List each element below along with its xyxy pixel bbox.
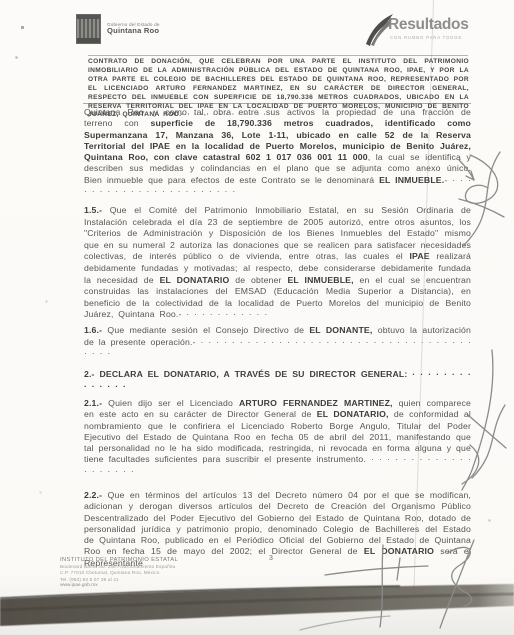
page-number: 3 [269,555,273,562]
resultados-logo-tagline: CON RUMBO PARA TODOS [390,35,506,40]
footer-address-block: INSTITUTO DEL PATRIMONIO ESTATAL Bouleva… [60,557,178,590]
scan-speckles [0,0,1,1]
footer-website: www.ipae.gob.mx [60,583,178,590]
footer-address-line2: C.P. 77010 Chetumal, Quintana Roo, Méxic… [60,570,178,577]
coat-of-arms-icon [76,14,101,44]
government-logo: Gobierno del Estado de Quintana Roo [76,14,160,44]
horizontal-rule-top [88,55,468,56]
paragraph-property-description: Quintana Roo, y como tal, obra entre sus… [84,107,471,197]
scanned-contract-page: Gobierno del Estado de Quintana Roo Resu… [0,0,514,635]
section-2-heading: 2.- DECLARA EL DONATARIO, A TRAVÉS DE SU… [84,369,471,392]
government-logo-line2: Quintana Roo [107,27,160,36]
footer-institute-name: INSTITUTO DEL PATRIMONIO ESTATAL [60,557,178,564]
resultados-logo-text: Resultados [388,16,506,34]
paragraph-clause-1-6: 1.6.- Que mediante sesión el Consejo Dir… [84,325,471,360]
paragraph-clause-1-5: 1.5.- Que el Comité del Patrimonio Inmob… [84,205,471,321]
government-logo-text: Gobierno del Estado de Quintana Roo [107,22,160,36]
footer-address-line1: Boulevard Bahía No. 236 Fraccionamiento … [60,564,178,571]
paragraph-clause-2-1: 2.1.- Quien dijo ser el Licenciado ARTUR… [84,398,471,477]
resultados-swoosh-icon [364,14,394,48]
resultados-logo: Resultados CON RUMBO PARA TODOS [366,16,506,40]
